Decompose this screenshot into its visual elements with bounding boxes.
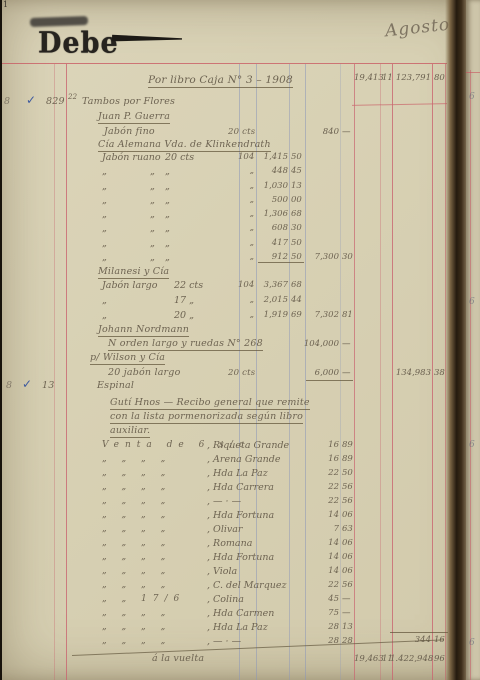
row-cents: 06 xyxy=(342,538,354,548)
client5-carry-cents: 38 xyxy=(434,368,444,378)
row-qty: „ „ „ „ xyxy=(102,636,171,646)
client3-rows: Jabón largo 22 cts 104 3,367 68 „ 17 „ „… xyxy=(2,280,480,325)
row-qty: „ „ „ „ xyxy=(102,468,171,478)
list-row: „ „ 17/6 , Colina 45 — xyxy=(2,594,480,608)
row-amount: 14 xyxy=(306,552,339,562)
row-rate: 20 cts xyxy=(165,152,194,163)
list-row: „ „ „ „ , C. del Marquez 22 56 xyxy=(2,580,480,594)
row-amount: 22 xyxy=(306,580,339,590)
row-cents: 13 xyxy=(291,181,304,191)
row-cents: 56 xyxy=(342,482,354,492)
row-qty: „ xyxy=(238,295,254,305)
row-name: , Hda Fortuna xyxy=(207,552,274,563)
row-item: „ xyxy=(102,223,107,234)
memo-line-2: con la lista pormenorizada según libro xyxy=(110,411,303,424)
row-amount: 448 xyxy=(258,166,288,176)
row-amount: 45 xyxy=(306,594,339,604)
client1-name: Juan P. Guerra xyxy=(98,111,170,124)
row-cents: 06 xyxy=(342,566,354,576)
row-qty: „ „ „ „ xyxy=(102,454,171,464)
next-page-mark-2: 6 xyxy=(469,297,475,307)
page-title: Debe xyxy=(38,27,119,60)
hacienda-list: Venta de 6 s/c , Riqueta Grande 16 89 „ … xyxy=(2,440,480,650)
row-rate: „ xyxy=(165,223,170,234)
row-qty: „ „ „ „ xyxy=(102,538,171,548)
ledger-row: „ 20 „ „ 1,919 69 7,302 81 xyxy=(2,310,480,325)
entry1-margin-number: 8 xyxy=(4,96,10,107)
list-row: „ „ „ „ , Arena Grande 16 89 xyxy=(2,454,480,468)
ledger-row: Jabón ruano 20 cts 104 1,415 50 xyxy=(2,152,480,166)
row-subtotal-cents: 30 xyxy=(342,252,354,262)
row-cents: 68 xyxy=(291,209,304,219)
row-name: , Romana xyxy=(207,538,252,549)
row-ditto: „ xyxy=(150,223,155,234)
row-amount: 500 xyxy=(258,195,288,205)
row-cents: 69 xyxy=(291,310,304,320)
client1-amount: 840 xyxy=(306,127,339,137)
row-amount: 3,367 xyxy=(258,280,288,290)
row-cents: 50 xyxy=(291,238,304,248)
row-cents: 89 xyxy=(342,454,354,464)
row-name: , — · — xyxy=(207,496,241,507)
row-item: „ xyxy=(102,209,107,220)
ledger-row: „ 17 „ „ 2,015 44 xyxy=(2,295,480,310)
memo-line-1: Gutí Hnos — Recibo general que remite xyxy=(110,397,310,410)
row-rate: „ xyxy=(165,195,170,206)
row-item: „ xyxy=(102,238,107,249)
row-amount: 16 xyxy=(306,440,339,450)
client3-name: Milanesi y Cía xyxy=(98,266,169,279)
row-rate: „ xyxy=(165,209,170,220)
row-name: , Hda Fortuna xyxy=(207,510,274,521)
ink-smudge xyxy=(30,16,88,27)
carry-bottom-amount-b: 1.422,948 xyxy=(390,654,431,664)
row-qty: „ xyxy=(238,166,254,176)
row-amount: 14 xyxy=(306,510,339,520)
row-name: , Viola xyxy=(207,566,237,577)
row-rate: 20 „ xyxy=(174,310,194,321)
row-cents: 56 xyxy=(342,580,354,590)
carry-top-cents-a: 11 xyxy=(382,73,391,83)
entry1-check-mark: ✓ xyxy=(26,93,36,107)
row-qty: „ „ „ „ xyxy=(102,608,171,618)
row-name: , C. del Marquez xyxy=(207,580,287,591)
ledger-row: „ „ „ „ 1,306 68 xyxy=(2,209,480,223)
row-cents: 89 xyxy=(342,440,354,450)
ledger-row: „ „ „ „ 417 50 xyxy=(2,238,480,252)
carry-top-amount-b: 123,791 xyxy=(393,73,431,83)
row-amount: 417 xyxy=(258,238,288,248)
row-cents: 50 xyxy=(291,252,304,262)
client5-cents: — xyxy=(342,368,354,378)
ink-dash xyxy=(112,34,182,42)
row-subtotal-cents: 81 xyxy=(342,310,354,320)
list-row: „ „ „ „ , Olivar 7 63 xyxy=(2,524,480,538)
next-page-mark-3: 6 xyxy=(469,440,475,450)
row-qty: „ „ „ „ xyxy=(102,482,171,492)
list-row: „ „ „ „ , Romana 14 06 xyxy=(2,538,480,552)
row-ditto: „ xyxy=(150,238,155,249)
row-rate: „ xyxy=(165,252,170,263)
row-amount: 1,030 xyxy=(258,181,288,191)
row-cents: — xyxy=(342,594,354,604)
client4-cents: — xyxy=(342,339,354,349)
next-page-mark-4: 6 xyxy=(469,638,475,648)
ledger-row: „ „ „ „ 608 30 xyxy=(2,223,480,237)
carry-bottom-amount-a: 19,463 xyxy=(354,654,379,664)
ledger-row: „ „ „ „ 500 00 xyxy=(2,195,480,209)
carry-top-cents-b: 80 xyxy=(434,73,444,83)
row-cents: 45 xyxy=(291,166,304,176)
row-name: , Colina xyxy=(207,594,244,605)
row-item: „ xyxy=(102,181,107,192)
client1-cents: — xyxy=(342,127,354,137)
row-qty: „ xyxy=(238,223,254,233)
row-name: , Hda La Paz xyxy=(207,468,268,479)
row-amount: 1,306 xyxy=(258,209,288,219)
month-label: Agosto xyxy=(384,15,451,42)
row-name: , Hda Carrera xyxy=(207,482,274,493)
memo-line-3: auxiliar. xyxy=(110,425,150,438)
row-item: Jabón largo xyxy=(102,280,157,291)
closing-label: á la vuelta xyxy=(152,653,204,664)
client5-amount: 6,000 xyxy=(306,368,339,378)
row-amount: 912 xyxy=(258,252,288,262)
list-row: „ „ „ „ , Hda Fortuna 14 06 xyxy=(2,510,480,524)
row-qty: „ „ „ „ xyxy=(102,496,171,506)
ledger-row: „ „ „ „ 448 45 xyxy=(2,166,480,180)
next-page-top-rule xyxy=(466,72,480,73)
row-qty: „ xyxy=(238,238,254,248)
entry2-check-mark: ✓ xyxy=(22,377,32,391)
client5-rate: 20 cts xyxy=(228,368,255,378)
row-amount: 22 xyxy=(306,468,339,478)
entry2-title: Espinal xyxy=(97,380,134,391)
row-cents: — xyxy=(342,608,354,618)
row-cents: 68 xyxy=(291,280,304,290)
row-name: , Hda Carmen xyxy=(207,608,274,619)
row-qty: „ „ „ „ xyxy=(102,580,171,590)
ledger-photo: 1 Debe Agosto Por libro Caja N° 3 – 1908… xyxy=(0,0,480,680)
opening-caption: Por libro Caja N° 3 – 1908 xyxy=(148,74,293,88)
row-amount: 16 xyxy=(306,454,339,464)
row-rate: „ xyxy=(165,166,170,177)
row-item: „ xyxy=(102,195,107,206)
row-rate: „ xyxy=(165,181,170,192)
row-item: „ xyxy=(102,295,107,306)
row-cents: 06 xyxy=(342,510,354,520)
client5-line: 20 jabón largo xyxy=(108,367,181,378)
row-item: „ xyxy=(102,166,107,177)
row-cents: 50 xyxy=(342,468,354,478)
row-qty: „ „ „ „ xyxy=(102,566,171,576)
list-row: „ „ „ „ , Hda Carrera 22 56 xyxy=(2,482,480,496)
carry-bottom-cents-b: 96 xyxy=(434,654,444,664)
row-ditto: „ xyxy=(150,195,155,206)
entry1-folio: 829 xyxy=(46,96,65,107)
client4-name: Johann Nordmann xyxy=(98,324,189,337)
row-qty: 104 xyxy=(238,280,254,290)
row-rate: 17 „ xyxy=(174,295,194,306)
row-qty: „ xyxy=(238,195,254,205)
entry1-title: Tambos por Flores xyxy=(82,96,175,107)
page-number: 1 xyxy=(3,0,8,9)
row-name: , Arena Grande xyxy=(207,454,280,465)
client5-name: p/ Wilson y Cía xyxy=(90,352,165,365)
client4-amount: 104,000 xyxy=(300,339,339,349)
next-page-rule xyxy=(470,70,471,680)
row-qty: 104 xyxy=(238,152,254,162)
row-subtotal: 7,302 xyxy=(306,310,339,320)
row-cents: 44 xyxy=(291,295,304,305)
ledger-row: Jabón largo 22 cts 104 3,367 68 xyxy=(2,280,480,295)
row-qty: „ xyxy=(238,252,254,262)
client2-rows: Jabón ruano 20 cts 104 1,415 50 „ „ „ „ … xyxy=(2,152,480,266)
list-subtotal-rule xyxy=(390,632,448,633)
row-item: Jabón ruano xyxy=(102,152,161,163)
row-amount: 28 xyxy=(306,622,339,632)
list-row: „ „ „ „ , Hda Carmen 75 — xyxy=(2,608,480,622)
client2-name: Cía Alemana Vda. de Klinkendrath xyxy=(98,139,271,152)
row-cents: 00 xyxy=(291,195,304,205)
row-name: , Riqueta Grande xyxy=(207,440,289,451)
row-name: , Hda La Paz xyxy=(207,622,268,633)
client4-line: N orden largo y ruedas N° 268 xyxy=(108,338,263,351)
next-page-mark-1: 6 xyxy=(469,92,475,102)
carry-top-amount-a: 19,413 xyxy=(354,73,379,83)
row-amount: 75 xyxy=(306,608,339,618)
ledger-row: „ „ „ „ 1,030 13 xyxy=(2,181,480,195)
row-cents: 13 xyxy=(342,622,354,632)
row-ditto: „ xyxy=(150,166,155,177)
row-amount: 7 xyxy=(306,524,339,534)
entry2-margin-number: 8 xyxy=(6,380,12,391)
list-row: Venta de 6 s/c , Riqueta Grande 16 89 xyxy=(2,440,480,454)
row-name: , — · — xyxy=(207,636,241,647)
row-item: „ xyxy=(102,310,107,321)
row-qty: „ xyxy=(238,310,254,320)
row-rate: „ xyxy=(165,238,170,249)
entry1-folio-cents: 22 xyxy=(68,93,77,101)
client5-carry-amount: 134,983 xyxy=(393,368,431,378)
entry2-folio: 13 xyxy=(42,380,55,391)
row-rate: 22 cts xyxy=(174,280,203,291)
row-qty: „ „ „ „ xyxy=(102,552,171,562)
row-cents: 50 xyxy=(291,152,304,162)
row-amount: 608 xyxy=(258,223,288,233)
row-qty: „ „ „ „ xyxy=(102,524,171,534)
row-amount: 14 xyxy=(306,538,339,548)
row-amount: 22 xyxy=(306,496,339,506)
row-item: „ xyxy=(102,252,107,263)
row-subtotal: 7,300 xyxy=(306,252,339,262)
row-name: , Olivar xyxy=(207,524,242,535)
next-page-edge: 6 6 6 6 xyxy=(466,0,480,680)
ledger-row: „ „ „ „ 912 50 7,300 30 xyxy=(2,252,480,266)
row-amount: 2,015 xyxy=(258,295,288,305)
ledger-page: 1 Debe Agosto Por libro Caja N° 3 – 1908… xyxy=(2,0,480,680)
row-ditto: „ xyxy=(150,181,155,192)
row-amount: 1,415 xyxy=(258,152,288,162)
row-qty: „ xyxy=(238,209,254,219)
book-spine xyxy=(445,0,466,680)
list-row: „ „ „ „ , Hda La Paz 28 13 xyxy=(2,622,480,636)
row-amount: 22 xyxy=(306,482,339,492)
row-qty: „ „ „ „ xyxy=(102,622,171,632)
row-qty: „ xyxy=(238,181,254,191)
row-qty: „ „ „ „ xyxy=(102,510,171,520)
row-cents: 56 xyxy=(342,496,354,506)
client5-amount-rule xyxy=(306,380,353,381)
row-amount: 14 xyxy=(306,566,339,576)
client1-item: Jabón fino xyxy=(104,126,155,137)
list-row: „ „ „ „ , Hda Fortuna 14 06 xyxy=(2,552,480,566)
list-row: „ „ „ „ , Viola 14 06 xyxy=(2,566,480,580)
row-ditto: „ xyxy=(150,209,155,220)
row-cents: 30 xyxy=(291,223,304,233)
row-amount: 1,919 xyxy=(258,310,288,320)
list-row: „ „ „ „ , — · — 22 56 xyxy=(2,496,480,510)
client1-rate: 20 cts xyxy=(228,127,255,137)
row-cents: 06 xyxy=(342,552,354,562)
list-row: „ „ „ „ , Hda La Paz 22 50 xyxy=(2,468,480,482)
row-qty: „ „ 17/6 xyxy=(102,594,185,604)
row-cents: 63 xyxy=(342,524,354,534)
client2-subtotal-rule xyxy=(258,262,304,263)
row-ditto: „ xyxy=(150,252,155,263)
